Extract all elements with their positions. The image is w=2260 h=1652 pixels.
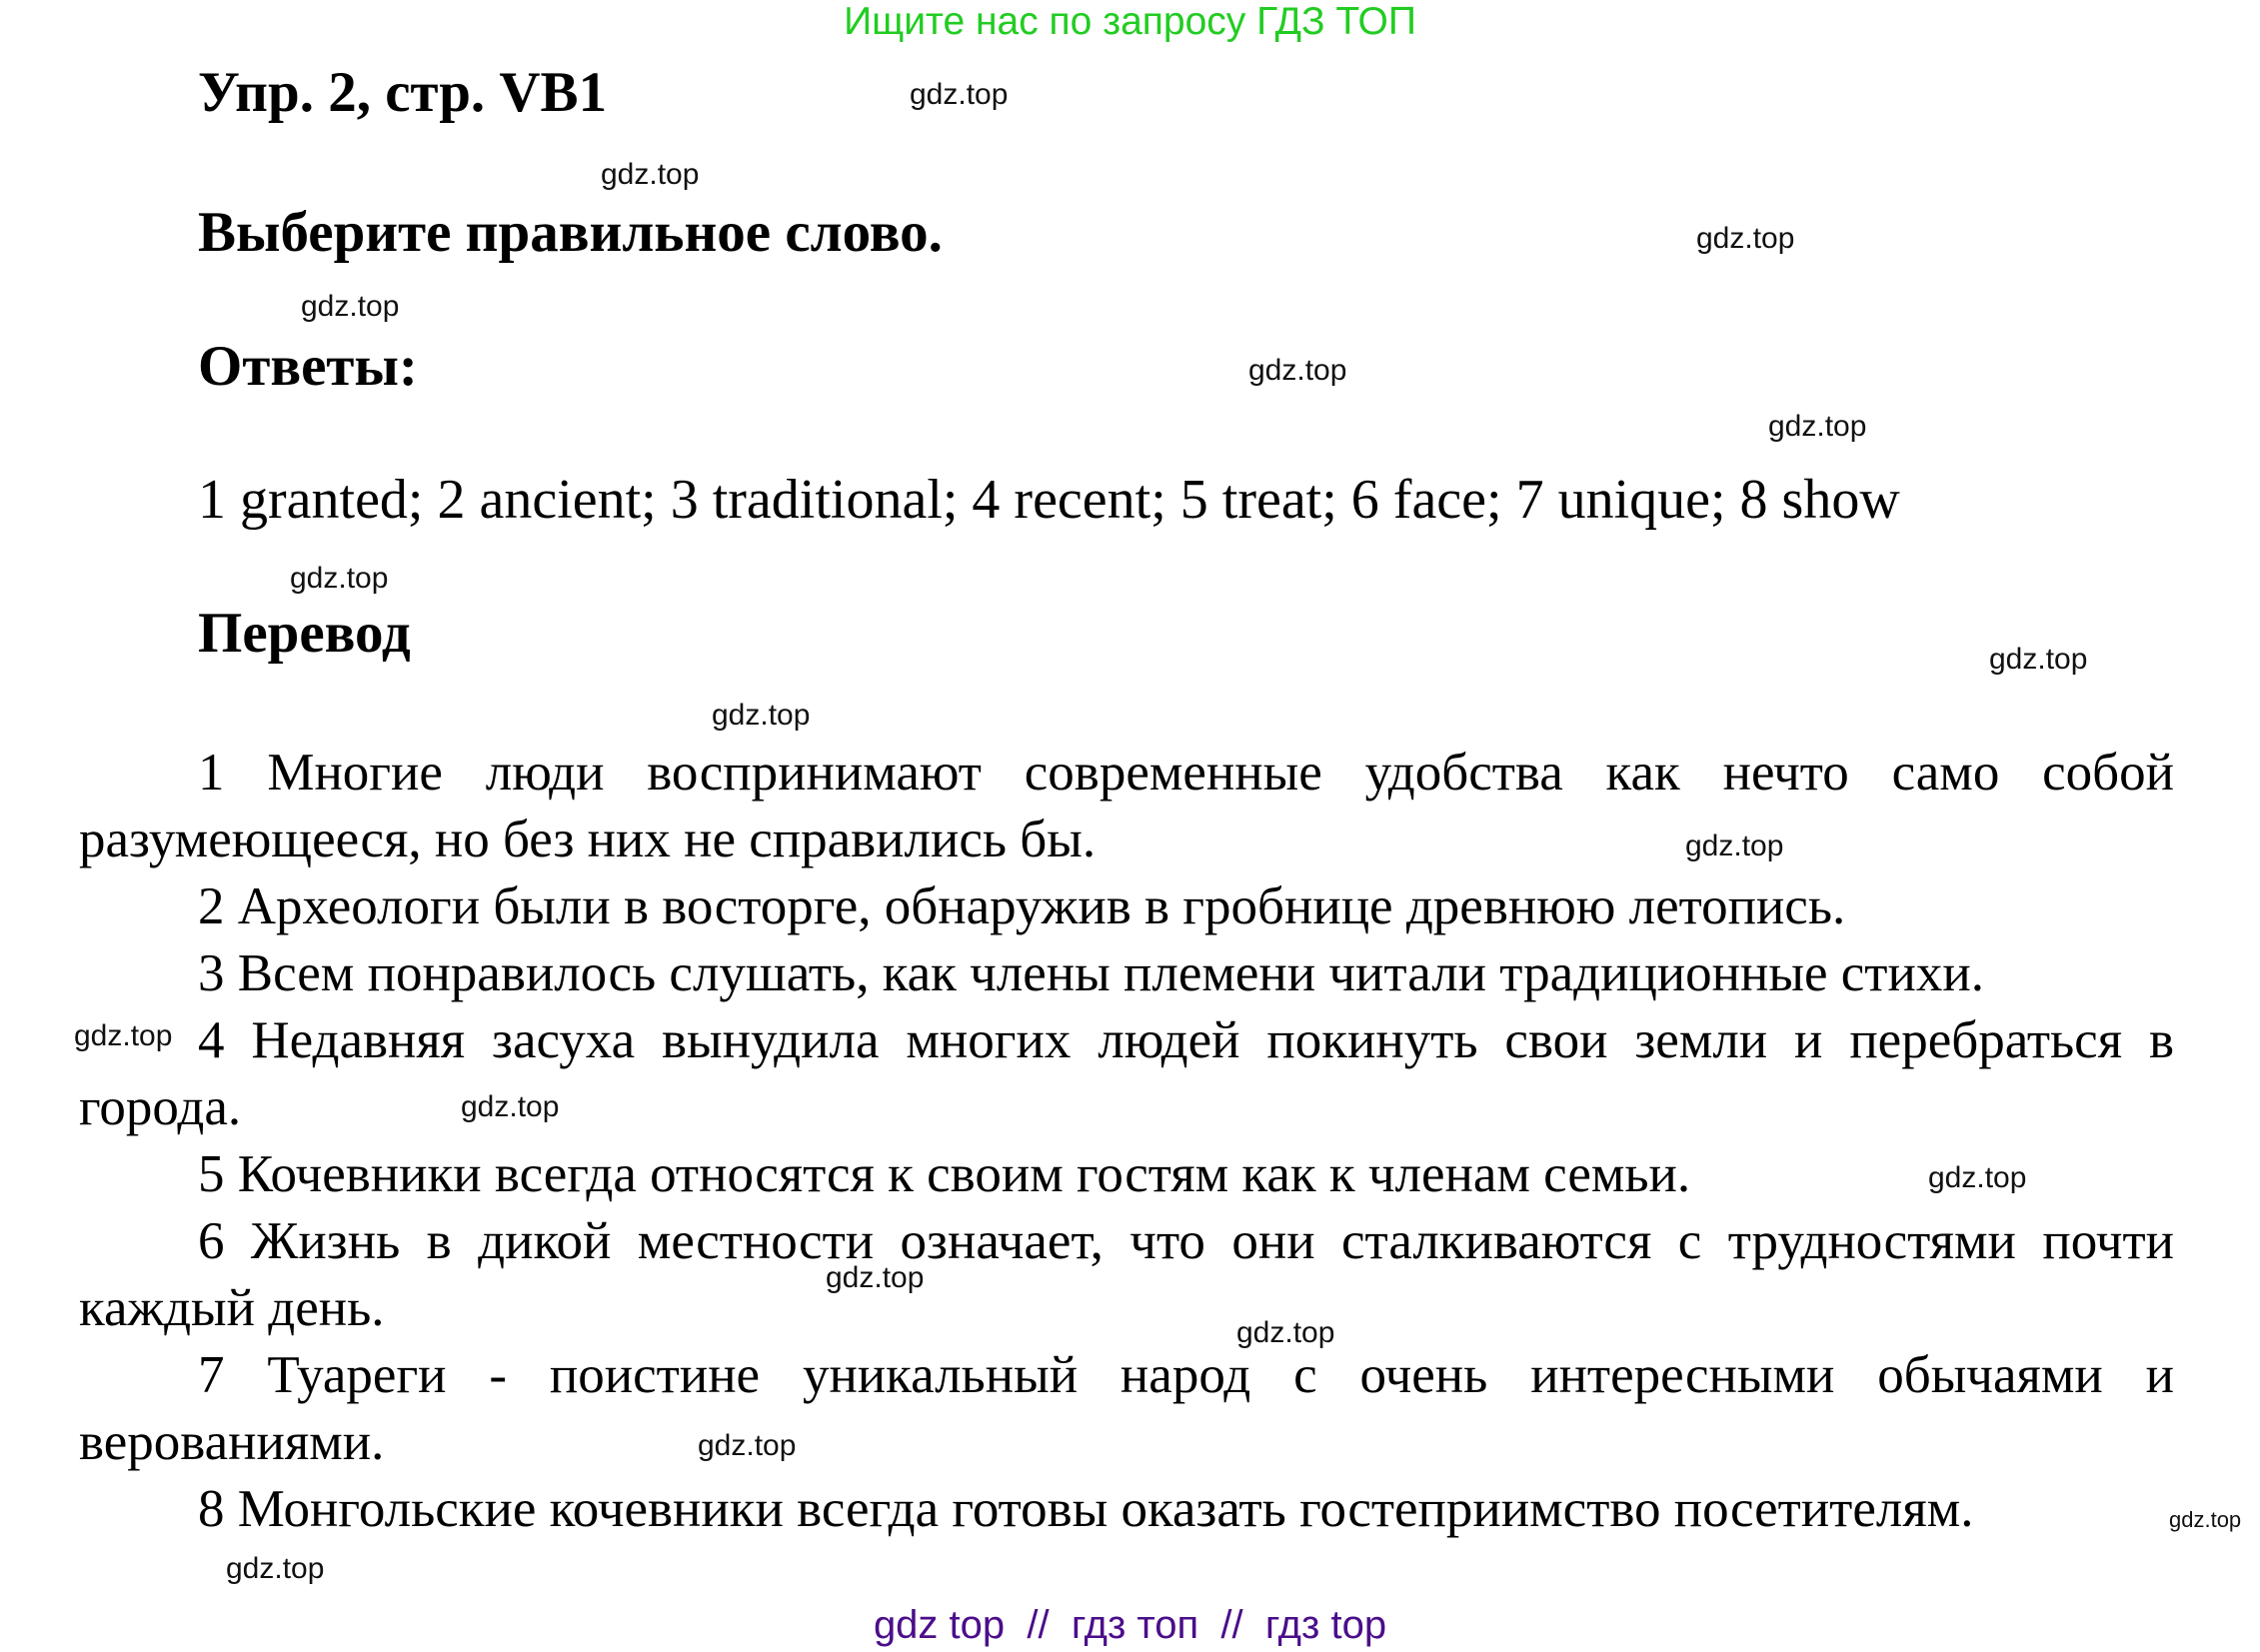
translation-item-6: 6 Жизнь в дикой местности означает, что …	[79, 1208, 2174, 1342]
translation-item-4: 4 Недавняя засуха вынудила многих людей …	[79, 1007, 2174, 1141]
watermark: gdz.top	[1989, 643, 2087, 677]
translation-list: 1 Многие люди воспринимают современные у…	[79, 740, 2174, 1543]
watermark: gdz.top	[601, 158, 699, 192]
watermark: gdz.top	[1236, 1316, 1334, 1350]
translation-item-1: 1 Многие люди воспринимают современные у…	[79, 740, 2174, 873]
watermark: gdz.top	[1685, 829, 1783, 863]
watermark: gdz.top	[1248, 354, 1346, 388]
translation-item-5: 5 Кочевники всегда относятся к своим гос…	[79, 1141, 2174, 1208]
watermark: gdz.top	[1768, 410, 1866, 444]
task-instruction: Выберите правильное слово.	[198, 200, 943, 266]
answers-line: 1 granted; 2 ancient; 3 traditional; 4 r…	[198, 467, 1900, 533]
watermark: gdz.top	[712, 699, 810, 733]
translation-item-2: 2 Археологи были в восторге, обнаружив в…	[79, 873, 2174, 940]
translation-item-7: 7 Туареги - поистине уникальный народ с …	[79, 1342, 2174, 1476]
exercise-title: Упр. 2, стр. VB1	[198, 60, 607, 126]
watermark: gdz.top	[826, 1261, 924, 1295]
watermark: gdz.top	[1696, 222, 1794, 256]
watermark: gdz.top	[1928, 1161, 2026, 1195]
watermark: gdz.top	[461, 1090, 559, 1124]
translation-item-3: 3 Всем понравилось слушать, как члены пл…	[79, 940, 2174, 1007]
watermark: gdz.top	[74, 1019, 172, 1053]
watermark: gdz.top	[290, 562, 388, 596]
watermark: gdz.top	[698, 1429, 796, 1463]
answers-heading: Ответы:	[198, 334, 418, 400]
watermark: gdz.top	[301, 290, 399, 324]
watermark: gdz.top	[910, 78, 1008, 112]
watermark: gdz.top	[2169, 1507, 2241, 1533]
translation-heading: Перевод	[198, 601, 411, 667]
footer-watermark: gdz top // гдз топ // гдз top	[0, 1602, 2260, 1648]
promo-banner: Ищите нас по запросу ГДЗ ТОП	[0, 0, 2260, 44]
translation-item-8: 8 Монгольские кочевники всегда готовы ок…	[79, 1476, 2174, 1543]
watermark: gdz.top	[226, 1552, 324, 1586]
